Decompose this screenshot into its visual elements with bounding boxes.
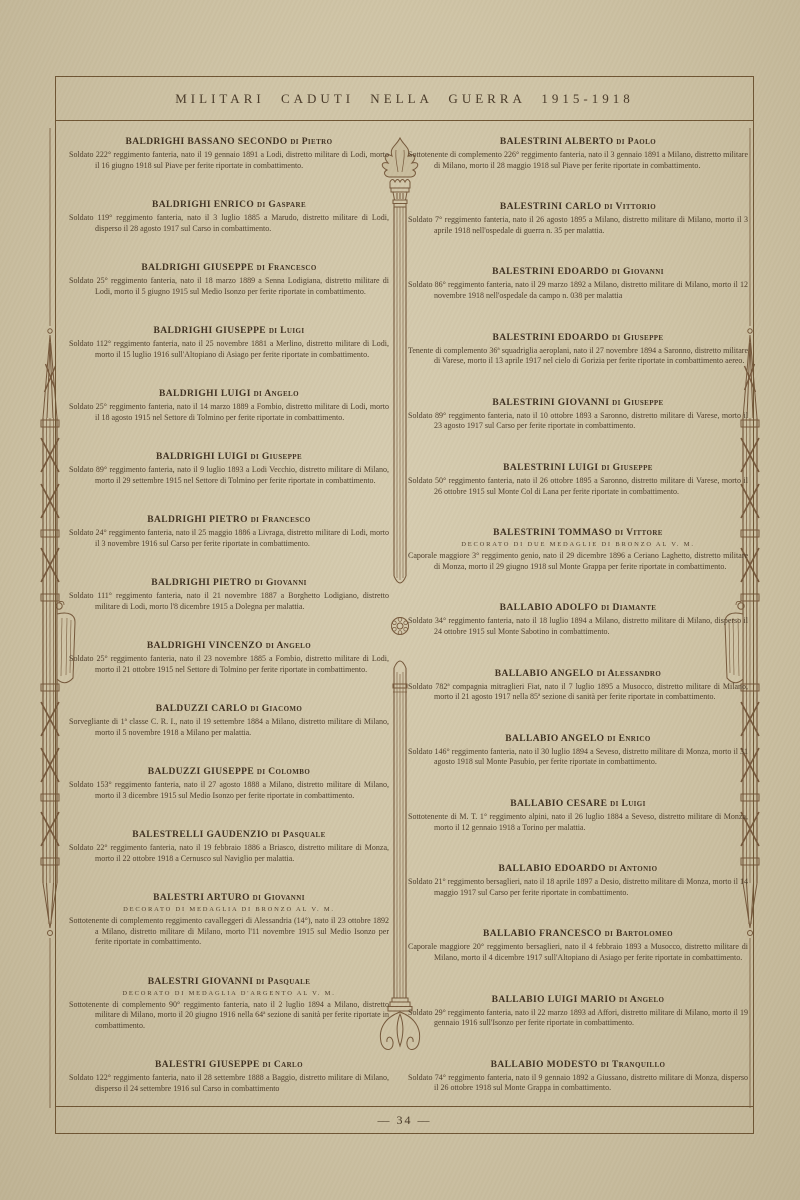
soldier-name: BALESTRINI TOMMASO [493, 528, 612, 538]
soldier-record: Soldato 25° reggimento fanteria, nato il… [69, 654, 389, 675]
soldier-record: Soldato 153° reggimento fanteria, nato i… [69, 780, 389, 801]
soldier-name: BALLABIO CESARE [510, 799, 607, 809]
soldier-record: Soldato 89° reggimento fanteria, nato il… [69, 465, 389, 486]
soldier-name: BALDRIGHI LUIGI [156, 452, 248, 462]
soldier-heading: BALESTRELLI GAUDENZIO di Pasquale [69, 830, 389, 840]
soldier-patronymic: di Giuseppe [612, 333, 664, 343]
soldier-record: Soldato 86° reggimento fanteria, nato il… [408, 280, 748, 301]
soldier-record: Sottotenente di complemento reggimento c… [69, 916, 389, 948]
soldier-entry: BALDRIGHI PIETRO di Francesco Soldato 24… [69, 515, 389, 549]
soldier-patronymic: di Vittore [615, 528, 663, 538]
soldier-record: Soldato 50° reggimento fanteria, nato il… [408, 476, 748, 497]
soldier-patronymic: di Paolo [616, 137, 656, 147]
soldier-heading: BALDUZZI CARLO di Giacomo [69, 704, 389, 714]
soldier-heading: BALESTRINI TOMMASO di Vittore [408, 528, 748, 538]
soldier-patronymic: di Angelo [266, 641, 311, 651]
soldier-name: BALLABIO LUIGI MARIO [492, 995, 617, 1005]
soldier-heading: BALESTRI GIOVANNI di Pasquale [69, 977, 389, 987]
soldier-entry: BALDRIGHI BASSANO SECONDO di Pietro Sold… [69, 137, 389, 171]
soldier-record: Soldato 29° reggimento fanteria, nato il… [408, 1008, 748, 1029]
soldier-record: Sottotenente di complemento 90° reggimen… [69, 1000, 389, 1032]
soldier-heading: BALDRIGHI GIUSEPPE di Francesco [69, 263, 389, 273]
soldier-name: BALDRIGHI LUIGI [159, 389, 251, 399]
soldier-heading: BALDUZZI GIUSEPPE di Colombo [69, 767, 389, 777]
soldier-record: Soldato 22° reggimento fanteria, nato il… [69, 843, 389, 864]
soldier-record: Soldato 89° reggimento fanteria, nato il… [408, 411, 748, 432]
soldier-heading: BALESTRI ARTURO di Giovanni [69, 893, 389, 903]
soldier-entry: BALESTRINI EDOARDO di Giuseppe Tenente d… [408, 333, 748, 367]
soldier-patronymic: di Giovanni [253, 893, 305, 903]
page-title: MILITARI CADUTI NELLA GUERRA 1915-1918 [175, 91, 634, 107]
soldier-heading: BALESTRINI LUIGI di Giuseppe [408, 463, 748, 473]
soldier-name: BALLABIO EDOARDO [498, 864, 606, 874]
soldier-record: Soldato 34° reggimento fanteria, nato il… [408, 616, 748, 637]
soldier-record: Soldato 119° reggimento fanteria, nato i… [69, 213, 389, 234]
soldier-heading: BALDRIGHI PIETRO di Giovanni [69, 578, 389, 588]
soldier-entry: BALDRIGHI GIUSEPPE di Francesco Soldato … [69, 263, 389, 297]
soldier-record: Tenente di complemento 36ª squadriglia a… [408, 346, 748, 367]
soldier-record: Soldato 74° reggimento fanteria, nato il… [408, 1073, 748, 1094]
soldier-name: BALLABIO ANGELO [495, 669, 594, 679]
soldier-patronymic: di Giacomo [250, 704, 302, 714]
soldier-patronymic: di Tranquillo [601, 1060, 666, 1070]
soldier-entry: BALDUZZI GIUSEPPE di Colombo Soldato 153… [69, 767, 389, 801]
soldier-name: BALDRIGHI VINCENZO [147, 641, 263, 651]
soldier-entry: BALESTRINI GIOVANNI di Giuseppe Soldato … [408, 398, 748, 432]
soldier-record: Caporale maggiore 3° reggimento genio, n… [408, 551, 748, 572]
soldier-record: Soldato 112° reggimento fanteria, nato i… [69, 339, 389, 360]
soldier-patronymic: di Antonio [609, 864, 658, 874]
decoration-line: DECORATO DI DUE MEDAGLIE DI BRONZO AL V.… [408, 541, 748, 548]
page-number: — 34 — [378, 1113, 432, 1128]
soldier-patronymic: di Pasquale [272, 830, 326, 840]
soldier-name: BALLABIO ANGELO [505, 734, 604, 744]
soldier-patronymic: di Giovanni [612, 267, 664, 277]
soldier-name: BALESTRINI GIOVANNI [492, 398, 609, 408]
soldier-patronymic: di Luigi [610, 799, 646, 809]
soldier-heading: BALDRIGHI GIUSEPPE di Luigi [69, 326, 389, 336]
soldier-entry: BALLABIO CESARE di Luigi Sottotenente di… [408, 799, 748, 833]
title-band: MILITARI CADUTI NELLA GUERRA 1915-1918 [56, 77, 753, 121]
soldier-entry: BALLABIO EDOARDO di Antonio Soldato 21° … [408, 864, 748, 898]
soldier-entry: BALDUZZI CARLO di Giacomo Sorvegliante d… [69, 704, 389, 738]
soldier-entry: BALESTRELLI GAUDENZIO di Pasquale Soldat… [69, 830, 389, 864]
soldier-name: BALESTRELLI GAUDENZIO [132, 830, 268, 840]
soldier-patronymic: di Diamante [601, 603, 656, 613]
soldier-entry: BALESTRI GIOVANNI di Pasquale DECORATO D… [69, 977, 389, 1032]
soldier-record: Soldato 146° reggimento fanteria, nato i… [408, 747, 748, 768]
soldier-heading: BALLABIO EDOARDO di Antonio [408, 864, 748, 874]
soldier-record: Soldato 7° reggimento fanteria, nato il … [408, 215, 748, 236]
soldier-name: BALLABIO FRANCESCO [483, 929, 602, 939]
footer-band: — 34 — [56, 1106, 753, 1133]
soldier-record: Sottotenente di complemento 226° reggime… [408, 150, 748, 171]
soldier-name: BALDRIGHI GIUSEPPE [154, 326, 267, 336]
soldier-name: BALESTRINI LUIGI [503, 463, 598, 473]
soldier-record: Soldato 222° reggimento fanteria, nato i… [69, 150, 389, 171]
soldier-record: Soldato 24° reggimento fanteria, nato il… [69, 528, 389, 549]
soldier-record: Soldato 25° reggimento fanteria, nato il… [69, 276, 389, 297]
soldier-entry: BALLABIO ANGELO di Enrico Soldato 146° r… [408, 734, 748, 768]
soldier-patronymic: di Gaspare [257, 200, 306, 210]
soldier-entry: BALESTRI ARTURO di Giovanni DECORATO DI … [69, 893, 389, 948]
soldier-heading: BALDRIGHI PIETRO di Francesco [69, 515, 389, 525]
soldier-record: Soldato 25° reggimento fanteria, nato il… [69, 402, 389, 423]
soldier-patronymic: di Carlo [263, 1060, 303, 1070]
soldier-entry: BALESTRINI ALBERTO di Paolo Sottotenente… [408, 137, 748, 171]
soldier-name: BALESTRINI EDOARDO [492, 267, 609, 277]
soldier-patronymic: di Enrico [607, 734, 650, 744]
soldier-entry: BALLABIO FRANCESCO di Bartolomeo Caporal… [408, 929, 748, 963]
soldier-name: BALDUZZI GIUSEPPE [148, 767, 254, 777]
soldier-patronymic: di Francesco [257, 263, 317, 273]
soldier-name: BALESTRINI CARLO [500, 202, 602, 212]
soldier-record: Sottotenente di M. T. 1° reggimento alpi… [408, 812, 748, 833]
page-frame: MILITARI CADUTI NELLA GUERRA 1915-1918 B… [55, 76, 754, 1134]
soldier-heading: BALLABIO ADOLFO di Diamante [408, 603, 748, 613]
soldier-heading: BALLABIO MODESTO di Tranquillo [408, 1060, 748, 1070]
soldier-heading: BALDRIGHI BASSANO SECONDO di Pietro [69, 137, 389, 147]
soldier-patronymic: di Pietro [290, 137, 332, 147]
soldier-name: BALDRIGHI PIETRO [151, 578, 252, 588]
soldier-heading: BALDRIGHI LUIGI di Giuseppe [69, 452, 389, 462]
soldier-name: BALESTRINI EDOARDO [492, 333, 609, 343]
soldier-entry: BALESTRINI LUIGI di Giuseppe Soldato 50°… [408, 463, 748, 497]
soldier-entry: BALDRIGHI GIUSEPPE di Luigi Soldato 112°… [69, 326, 389, 360]
soldier-name: BALDRIGHI GIUSEPPE [141, 263, 254, 273]
soldier-patronymic: di Pasquale [256, 977, 310, 987]
soldier-entry: BALDRIGHI ENRICO di Gaspare Soldato 119°… [69, 200, 389, 234]
soldier-entry: BALLABIO LUIGI MARIO di Angelo Soldato 2… [408, 995, 748, 1029]
soldier-heading: BALLABIO LUIGI MARIO di Angelo [408, 995, 748, 1005]
soldier-patronymic: di Giuseppe [601, 463, 653, 473]
page-content: BALDRIGHI BASSANO SECONDO di Pietro Sold… [56, 121, 753, 1106]
soldier-entry: BALLABIO ANGELO di Alessandro Soldato 78… [408, 669, 748, 703]
soldier-entry: BALLABIO MODESTO di Tranquillo Soldato 7… [408, 1060, 748, 1094]
right-column: BALESTRINI ALBERTO di Paolo Sottotenente… [408, 137, 748, 1094]
soldier-patronymic: di Angelo [619, 995, 664, 1005]
soldier-name: BALDRIGHI ENRICO [152, 200, 254, 210]
soldier-entry: BALESTRI GIUSEPPE di Carlo Soldato 122° … [69, 1060, 389, 1094]
soldier-heading: BALLABIO FRANCESCO di Bartolomeo [408, 929, 748, 939]
soldier-patronymic: di Giuseppe [612, 398, 664, 408]
soldier-heading: BALDRIGHI LUIGI di Angelo [69, 389, 389, 399]
soldier-patronymic: di Colombo [257, 767, 310, 777]
soldier-heading: BALLABIO ANGELO di Enrico [408, 734, 748, 744]
soldier-patronymic: di Luigi [269, 326, 305, 336]
soldier-entry: BALESTRINI TOMMASO di Vittore DECORATO D… [408, 528, 748, 572]
soldier-heading: BALESTRINI EDOARDO di Giuseppe [408, 333, 748, 343]
soldier-record: Soldato 111° reggimento fanteria, nato i… [69, 591, 389, 612]
soldier-heading: BALESTRI GIUSEPPE di Carlo [69, 1060, 389, 1070]
soldier-heading: BALESTRINI GIOVANNI di Giuseppe [408, 398, 748, 408]
soldier-entry: BALDRIGHI VINCENZO di Angelo Soldato 25°… [69, 641, 389, 675]
soldier-entry: BALDRIGHI PIETRO di Giovanni Soldato 111… [69, 578, 389, 612]
soldier-name: BALLABIO MODESTO [491, 1060, 598, 1070]
soldier-heading: BALESTRINI EDOARDO di Giovanni [408, 267, 748, 277]
soldier-entry: BALDRIGHI LUIGI di Angelo Soldato 25° re… [69, 389, 389, 423]
decoration-line: DECORATO DI MEDAGLIA D'ARGENTO AL V. M. [69, 990, 389, 997]
soldier-name: BALDRIGHI BASSANO SECONDO [126, 137, 288, 147]
soldier-entry: BALLABIO ADOLFO di Diamante Soldato 34° … [408, 603, 748, 637]
soldier-patronymic: di Angelo [254, 389, 299, 399]
soldier-record: Soldato 21° reggimento bersaglieri, nato… [408, 877, 748, 898]
soldier-patronymic: di Giuseppe [251, 452, 303, 462]
soldier-patronymic: di Giovanni [255, 578, 307, 588]
soldier-name: BALESTRI GIOVANNI [148, 977, 254, 987]
soldier-heading: BALDRIGHI ENRICO di Gaspare [69, 200, 389, 210]
soldier-entry: BALDRIGHI LUIGI di Giuseppe Soldato 89° … [69, 452, 389, 486]
soldier-name: BALESTRINI ALBERTO [500, 137, 614, 147]
soldier-patronymic: di Francesco [251, 515, 311, 525]
soldier-entry: BALESTRINI EDOARDO di Giovanni Soldato 8… [408, 267, 748, 301]
soldier-heading: BALLABIO CESARE di Luigi [408, 799, 748, 809]
soldier-patronymic: di Alessandro [597, 669, 661, 679]
soldier-record: Soldato 122° reggimento fanteria, nato i… [69, 1073, 389, 1094]
soldier-name: BALESTRI GIUSEPPE [155, 1060, 260, 1070]
soldier-patronymic: di Vittorio [604, 202, 656, 212]
soldier-record: Sorvegliante di 1ª classe C. R. I., nato… [69, 717, 389, 738]
soldier-name: BALLABIO ADOLFO [500, 603, 599, 613]
soldier-name: BALDUZZI CARLO [156, 704, 248, 714]
decoration-line: DECORATO DI MEDAGLIA DI BRONZO AL V. M. [69, 906, 389, 913]
soldier-record: Caporale maggiore 20° reggimento bersagl… [408, 942, 748, 963]
soldier-heading: BALESTRINI ALBERTO di Paolo [408, 137, 748, 147]
book-page: MILITARI CADUTI NELLA GUERRA 1915-1918 B… [0, 0, 800, 1200]
soldier-name: BALESTRI ARTURO [153, 893, 250, 903]
soldier-record: Soldato 782ª compagnia mitraglieri Fiat,… [408, 682, 748, 703]
soldier-heading: BALDRIGHI VINCENZO di Angelo [69, 641, 389, 651]
soldier-entry: BALESTRINI CARLO di Vittorio Soldato 7° … [408, 202, 748, 236]
soldier-heading: BALESTRINI CARLO di Vittorio [408, 202, 748, 212]
left-column: BALDRIGHI BASSANO SECONDO di Pietro Sold… [69, 137, 389, 1094]
soldier-heading: BALLABIO ANGELO di Alessandro [408, 669, 748, 679]
soldier-patronymic: di Bartolomeo [605, 929, 673, 939]
soldier-name: BALDRIGHI PIETRO [147, 515, 248, 525]
